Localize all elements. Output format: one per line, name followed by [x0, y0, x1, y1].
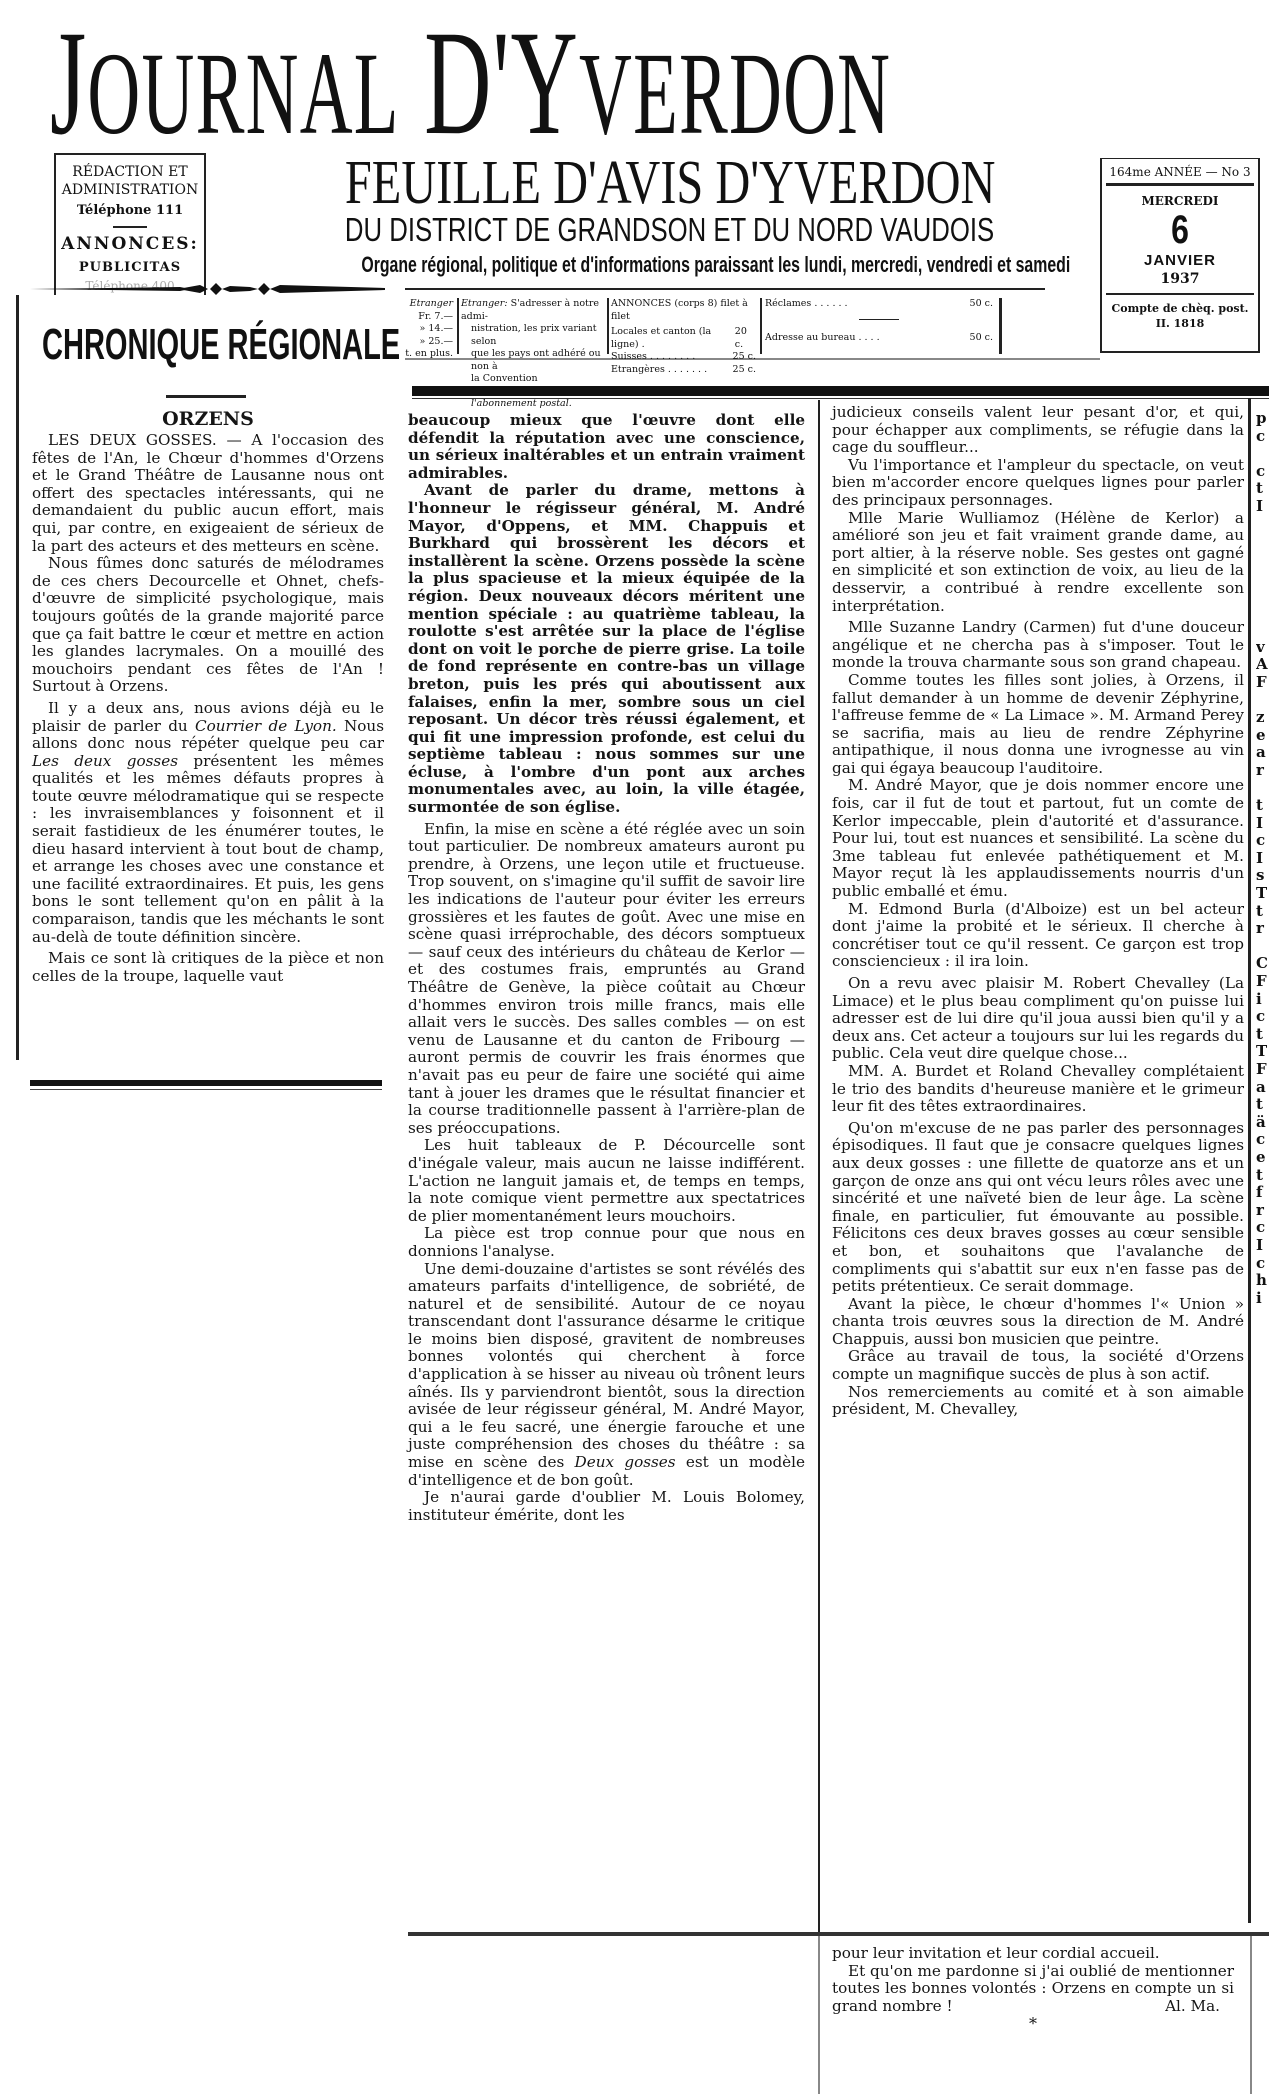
weekday: MERCREDI [1102, 194, 1258, 208]
tagline: Organe régional, politique et d'informat… [361, 252, 944, 278]
paragraph: On a revu avec plaisir M. Robert Chevall… [832, 975, 1244, 1063]
paragraph: judicieux conseils valent leur pesant d'… [832, 404, 1244, 457]
fragment-char [1256, 692, 1269, 710]
paragraph: Nous fûmes donc saturés de mélodrames de… [32, 555, 384, 696]
divider [113, 226, 147, 228]
fragment-char [1256, 621, 1269, 639]
fragment-char: t [1256, 797, 1269, 815]
fragment-char: c [1256, 1131, 1269, 1149]
administration-label: ADMINISTRATION [56, 181, 204, 199]
fragment-char: I [1256, 498, 1269, 516]
column-end-rule [30, 1080, 382, 1086]
paragraph-text: — A l'occasion des fêtes de l'An, le Chœ… [32, 431, 384, 555]
paragraph: Il y a deux ans, nous avions déjà eu le … [32, 700, 384, 946]
fragment-char: T [1256, 885, 1269, 903]
article-bottom-rule [408, 1932, 1269, 1936]
paragraph: Avant de parler du drame, mettons à l'ho… [408, 482, 805, 816]
heading-rule [166, 395, 246, 398]
fragment-char: h [1256, 1272, 1269, 1290]
fragment-char: i [1256, 991, 1269, 1009]
fragment-char: e [1256, 1149, 1269, 1167]
ad-rate-row: Suisses . . . . . . . .25 c. [611, 351, 756, 364]
fragment-char: ä [1256, 1114, 1269, 1132]
work-title: Courrier de Lyon. [195, 717, 337, 735]
rate-row: t. en plus. [405, 348, 453, 361]
fragment-char: s [1256, 867, 1269, 885]
ad-rates: ANNONCES (corps 8) filet à filet Locales… [611, 298, 762, 354]
section-title: CHRONIQUE RÉGIONALE [42, 320, 266, 370]
issue-date-box: 164me ANNÉE — No 3 MERCREDI 6 JANVIER 19… [1100, 158, 1260, 353]
ad-rate-label: Locales et canton (la ligne) . [611, 326, 735, 351]
fragment-char: t [1256, 1096, 1269, 1114]
paragraph-text: Une demi-douzaine d'artistes se sont rév… [408, 1260, 805, 1472]
article-column-left: ORZENS LES DEUX GOSSES. — A l'occasion d… [32, 408, 384, 985]
masthead-j: J [50, 0, 87, 166]
day-number: 6 [1118, 208, 1243, 252]
paragraph: Nos remerciements au comité et à son aim… [832, 1384, 1244, 1419]
paragraph: Qu'on m'excuse de ne pas parler des pers… [832, 1120, 1244, 1296]
subscription-foreign-rates: Etranger Fr. 7.— » 14.— » 25.— t. en plu… [405, 298, 459, 354]
work-title: Deux gosses [575, 1453, 676, 1471]
header-rule [405, 288, 1045, 290]
paragraph: Une demi-douzaine d'artistes se sont rév… [408, 1261, 805, 1490]
phone-number: Téléphone 111 [56, 203, 204, 218]
separator-asterisk: * [832, 2015, 1234, 2033]
fragment-char: r [1256, 762, 1269, 780]
redaction-label: RÉDACTION ET [56, 163, 204, 181]
ad-rate-row: Locales et canton (la ligne) .20 c. [611, 326, 756, 351]
fragment-char [1256, 604, 1269, 622]
paragraph: beaucoup mieux que l'œuvre dont elle déf… [408, 412, 805, 482]
fragment-char: t [1256, 1026, 1269, 1044]
fragment-char: F [1256, 674, 1269, 692]
ad-rate-price: 20 c. [735, 326, 756, 351]
editorial-contact-box: RÉDACTION ET ADMINISTRATION Téléphone 11… [54, 153, 206, 295]
misc-rate-price: 50 c. [970, 298, 993, 311]
misc-rate-row: Adresse au bureau . . . .50 c. [765, 332, 993, 345]
paragraph-text: présentent les mêmes qualités et les mêm… [32, 752, 384, 946]
fragment-char: c [1256, 463, 1269, 481]
paragraph: M. Edmond Burla (d'Alboize) est un bel a… [832, 901, 1244, 971]
newspaper-masthead: JOURNAL D'YVERDON [50, 18, 803, 148]
section-rule-thin [412, 398, 1269, 399]
fragment-char: F [1256, 973, 1269, 991]
fragment-char: f [1256, 1184, 1269, 1202]
box-border [818, 1936, 820, 2094]
fragment-char [1256, 779, 1269, 797]
misc-rate-label: Adresse au bureau . . . . [765, 332, 880, 345]
ornamental-rule-icon [30, 283, 385, 295]
foreign-note-text: l'abonnement postal. [461, 398, 603, 411]
misc-rate-label: Réclames . . . . . . [765, 298, 848, 311]
fragment-char [1256, 551, 1269, 569]
month: JANVIER [1102, 252, 1258, 269]
fragment-char: v [1256, 639, 1269, 657]
box-border [1250, 1936, 1252, 2094]
fragment-char: c [1256, 832, 1269, 850]
postal-account-line2: II. 1818 [1102, 316, 1258, 331]
postal-account: Compte de chèq. post. II. 1818 [1102, 301, 1258, 331]
column-end-rule-thin [30, 1089, 382, 1090]
year-issue-number: 164me ANNÉE — No 3 [1106, 159, 1254, 186]
postal-account-line1: Compte de chèq. post. [1102, 301, 1258, 316]
fragment-char: e [1256, 727, 1269, 745]
fragment-char [1256, 938, 1269, 956]
fragment-char: z [1256, 709, 1269, 727]
fragment-char: r [1256, 920, 1269, 938]
ads-label: ANNONCES: [56, 234, 204, 254]
rates-table: Etranger Fr. 7.— » 14.— » 25.— t. en plu… [405, 294, 1100, 360]
paragraph: M. André Mayor, que je dois nommer encor… [832, 777, 1244, 900]
fragment-char: t [1256, 480, 1269, 498]
column-rule [1248, 398, 1251, 1923]
paragraph: pour leur invitation et leur cordial acc… [832, 1945, 1234, 1963]
foreign-note-label: Etranger: [461, 298, 508, 309]
divider [859, 319, 899, 320]
paragraph: La pièce est trop connue pour que nous e… [408, 1225, 805, 1260]
column-rule [818, 400, 820, 1945]
ad-rate-label: Etrangères . . . . . . . [611, 364, 707, 377]
fragment-char [1256, 586, 1269, 604]
fragment-char: I [1256, 1237, 1269, 1255]
paragraph: Avant la pièce, le chœur d'hommes l'« Un… [832, 1296, 1244, 1349]
misc-rate-row: Réclames . . . . . .50 c. [765, 298, 993, 311]
ad-rate-row: Etrangères . . . . . . .25 c. [611, 364, 756, 377]
fragment-char: c [1256, 1255, 1269, 1273]
fragment-char: F [1256, 1061, 1269, 1079]
fragment-char: c [1256, 1219, 1269, 1237]
paragraph: Enfin, la mise en scène a été réglée ave… [408, 821, 805, 1138]
misc-rates: Réclames . . . . . .50 c. Adresse au bur… [765, 298, 1002, 354]
paragraph: MM. A. Burdet et Roland Chevalley complé… [832, 1063, 1244, 1116]
ad-rate-price: 25 c. [733, 351, 756, 364]
masthead-verdon: VERDON [579, 28, 891, 159]
ad-rate-label: Suisses . . . . . . . . [611, 351, 695, 364]
foreign-note-text: nistration, les prix variant selon [461, 323, 603, 348]
ad-rates-header: ANNONCES (corps 8) filet à filet [611, 298, 756, 323]
rate-row: » 25.— [405, 336, 453, 349]
year: 1937 [1106, 271, 1254, 295]
section-rule [412, 386, 1269, 396]
fragment-char: T [1256, 1043, 1269, 1061]
fragment-char [1256, 568, 1269, 586]
paragraph: Mais ce sont là critiques de la pièce et… [32, 950, 384, 985]
fragment-char [1256, 533, 1269, 551]
article-column-right: judicieux conseils valent leur pesant d'… [832, 404, 1244, 1419]
paragraph: Grâce au travail de tous, la société d'O… [832, 1348, 1244, 1383]
column-rule [16, 295, 19, 1060]
paragraph: Comme toutes les filles sont jolies, à O… [832, 672, 1244, 778]
fragment-char: i [1256, 1290, 1269, 1308]
rate-row: » 14.— [405, 323, 453, 336]
paragraph: Les huit tableaux de P. Décourcelle sont… [408, 1137, 805, 1225]
masthead-dy: D'Y [400, 0, 579, 166]
paragraph: Mlle Marie Wulliamoz (Hélène de Kerlor) … [832, 510, 1244, 616]
paragraph: Vu l'importance et l'ampleur du spectacl… [832, 457, 1244, 510]
fragment-char: t [1256, 1167, 1269, 1185]
fragment-char: p [1256, 410, 1269, 428]
masthead-ournal: OURNAL [87, 28, 399, 159]
fragment-char [1256, 445, 1269, 463]
paragraph: Je n'aurai garde d'oublier M. Louis Bolo… [408, 1489, 805, 1524]
district-line: DU DISTRICT DE GRANDSON ET DU NORD VAUDO… [345, 212, 961, 248]
subtitle: FEUILLE D'AVIS D'YVERDON [345, 150, 961, 216]
fragment-char: r [1256, 1202, 1269, 1220]
fragment-char: a [1256, 744, 1269, 762]
fragment-char: C [1256, 955, 1269, 973]
fragment-char [1256, 516, 1269, 534]
fragment-char: c [1256, 428, 1269, 446]
fragment-char: c [1256, 1008, 1269, 1026]
ad-rate-price: 25 c. [733, 364, 756, 377]
paragraph: Mlle Suzanne Landry (Carmen) fut d'une d… [832, 619, 1244, 672]
work-title: Les deux gosses [32, 752, 178, 770]
foreign-note: Etranger: S'adresser à notre admi- nistr… [461, 298, 609, 354]
fragment-char: A [1256, 656, 1269, 674]
fragment-char: I [1256, 850, 1269, 868]
fragment-char: a [1256, 1079, 1269, 1097]
lead-in: LES DEUX GOSSES. [48, 431, 217, 449]
ads-agency: PUBLICITAS [56, 260, 204, 275]
paragraph: LES DEUX GOSSES. — A l'occasion des fête… [32, 432, 384, 555]
misc-rate-price: 50 c. [970, 332, 993, 345]
article-column-middle: beaucoup mieux que l'œuvre dont elle déf… [408, 412, 805, 1524]
rate-row: Fr. 7.— [405, 311, 453, 324]
fragment-char: I [1256, 815, 1269, 833]
article-heading: ORZENS [32, 408, 384, 430]
foreign-note-text: que les pays ont adhéré ou non à [461, 348, 603, 373]
rate-header: Etranger [405, 298, 453, 311]
adjacent-column-fragment: pc ctI vAF zear tIcIsTtr CFictTFatäcetfr… [1256, 410, 1269, 1307]
fragment-char: t [1256, 903, 1269, 921]
article-continuation: pour leur invitation et leur cordial acc… [832, 1945, 1234, 2033]
